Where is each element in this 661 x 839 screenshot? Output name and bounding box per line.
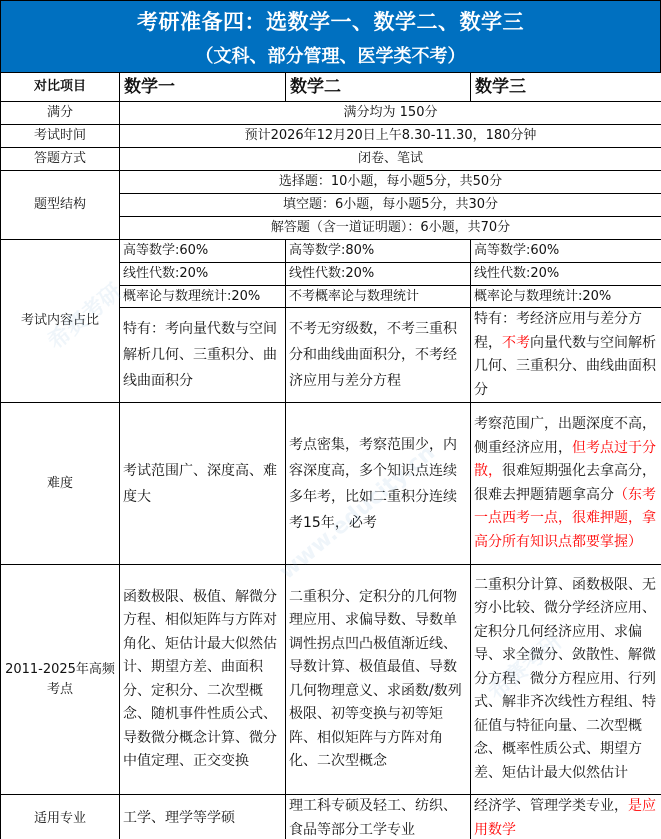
math3-frequent: 二重积分计算、函数极限、无穷小比较、微分学经济应用、定积分几何经济应用、求偏导、… [471,565,661,795]
math1-special: 特有：考向量代数与空间解析几何、三重积分、曲线曲面积分 [120,308,286,403]
header-compare-item: 对比项目 [1,73,120,102]
math2-frequent: 二重积分、定积分的几何物理应用、求偏导数、导数单调性拐点凹凸极值渐近线、导数计算… [286,565,471,795]
math1-difficulty: 考试范围广、深度高、难度大 [120,403,286,565]
row-difficulty: 难度 考试范围广、深度高、难度大 考点密集，考察范围少，内容深度高，多个知识点连… [1,403,661,565]
title-banner: 考研准备四：选数学一、数学二、数学三 （文科、部分管理、医学类不考） [0,0,661,72]
label-structure: 题型结构 [1,171,120,240]
header-math3: 数学三 [471,73,661,102]
math1-linear: 线性代数:20% [120,263,286,286]
math3-majors-text: 经济学、管理学类专业， [474,798,628,814]
row-answer-mode: 答题方式 闭卷、笔试 [1,148,661,171]
page-subtitle: （文科、部分管理、医学类不考） [1,42,660,68]
comparison-table: 对比项目 数学一 数学二 数学三 满分 满分均为 150分 考试时间 预计202… [0,72,661,839]
label-majors: 适用专业 [1,795,120,839]
math2-linear: 线性代数:20% [286,263,471,286]
math3-majors: 经济学、管理学类专业，是应用数学 [471,795,661,839]
header-math2: 数学二 [286,73,471,102]
math3-difficulty: 考察范围广，出题深度不高，侧重经济应用，但考点过于分散，很难短期强化去拿高分，很… [471,403,661,565]
page-title: 考研准备四：选数学一、数学二、数学三 [1,6,660,36]
label-frequent: 2011-2025年高频考点 [1,565,120,795]
math2-difficulty: 考点密集，考察范围少，内容深度高，多个知识点连续多年考，比如二重积分连续考15年… [286,403,471,565]
math3-linear: 线性代数:20% [471,263,661,286]
value-full-score: 满分均为 150分 [120,102,661,125]
label-difficulty: 难度 [1,403,120,565]
label-exam-time: 考试时间 [1,125,120,148]
math1-calculus: 高等数学:60% [120,240,286,263]
label-full-score: 满分 [1,102,120,125]
value-exam-time: 预计2026年12月20日上午8.30-11.30，180分钟 [120,125,661,148]
math3-prob: 概率论与数理统计:20% [471,286,661,308]
row-structure-1: 题型结构 选择题：10小题，每小题5分，共50分 [1,171,661,194]
math1-prob: 概率论与数理统计:20% [120,286,286,308]
row-content-calculus: 考试内容占比 高等数学:60% 高等数学:80% 高等数学:60% [1,240,661,263]
math1-frequent: 函数极限、极值、解微分方程、相似矩阵与方阵对角化、矩估计最大似然估计、期望方差、… [120,565,286,795]
math3-special: 特有：考经济应用与差分方程，不考向量代数与空间解析几何、三重积分、曲线曲面积分 [471,308,661,403]
structure-answer: 解答题（含一道证明题）：6小题，共70分 [120,217,661,240]
math2-calculus: 高等数学:80% [286,240,471,263]
header-math1: 数学一 [120,73,286,102]
math3-calculus: 高等数学:60% [471,240,661,263]
math3-special-highlight: 不考 [502,335,530,351]
row-full-score: 满分 满分均为 150分 [1,102,661,125]
math2-majors: 理工科专硕及轻工、纺织、食品等部分工学专业 [286,795,471,839]
label-answer-mode: 答题方式 [1,148,120,171]
label-content-ratio: 考试内容占比 [1,240,120,403]
math1-majors: 工学、理学等学硕 [120,795,286,839]
structure-choice: 选择题：10小题，每小题5分，共50分 [120,171,661,194]
header-row: 对比项目 数学一 数学二 数学三 [1,73,661,102]
row-frequent: 2011-2025年高频考点 函数极限、极值、解微分方程、相似矩阵与方阵对角化、… [1,565,661,795]
math2-special: 不考无穷级数，不考三重积分和曲线曲面积分，不考经济应用与差分方程 [286,308,471,403]
structure-fill: 填空题：6小题，每小题5分，共30分 [120,194,661,217]
row-exam-time: 考试时间 预计2026年12月20日上午8.30-11.30，180分钟 [1,125,661,148]
value-answer-mode: 闭卷、笔试 [120,148,661,171]
math2-prob: 不考概率论与数理统计 [286,286,471,308]
row-majors: 适用专业 工学、理学等学硕 理工科专硕及轻工、纺织、食品等部分工学专业 经济学、… [1,795,661,839]
